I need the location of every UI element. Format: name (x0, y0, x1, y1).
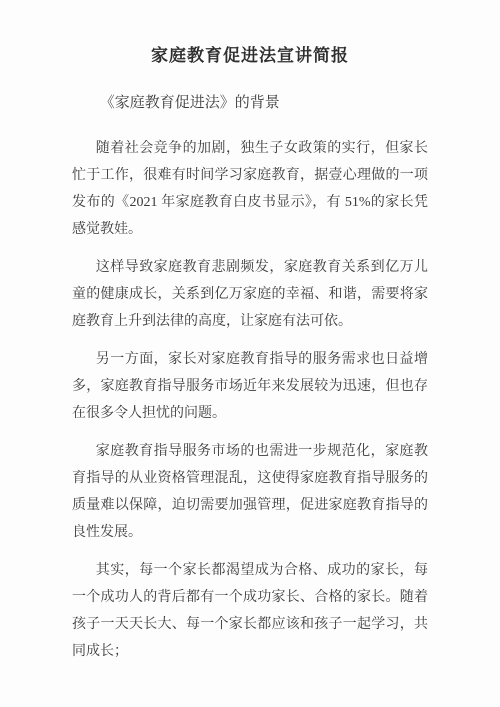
paragraph-3: 另一方面，家长对家庭教育指导的服务需求也日益增多，家庭教育指导服务市场近年来发展… (72, 346, 428, 427)
section-heading-background: 《家庭教育促进法》的背景 (72, 93, 428, 113)
document-page: 家庭教育促进法宣讲简报 《家庭教育促进法》的背景 随着社会竞争的加剧，独生子女政… (0, 0, 500, 707)
paragraph-2: 这样导致家庭教育悲剧频发，家庭教育关系到亿万儿童的健康成长，关系到亿万家庭的幸福… (72, 254, 428, 335)
document-title: 家庭教育促进法宣讲简报 (72, 45, 428, 67)
paragraph-4: 家庭教育指导服务市场的也需进一步规范化，家庭教育指导的从业资格管理混乱，这使得家… (72, 438, 428, 546)
paragraph-1: 随着社会竞争的加剧，独生子女政策的实行，但家长忙于工作，很难有时间学习家庭教育，… (72, 135, 428, 243)
paragraph-5: 其实，每一个家长都渴望成为合格、成功的家长，每一个成功人的背后都有一个成功家长、… (72, 557, 428, 665)
